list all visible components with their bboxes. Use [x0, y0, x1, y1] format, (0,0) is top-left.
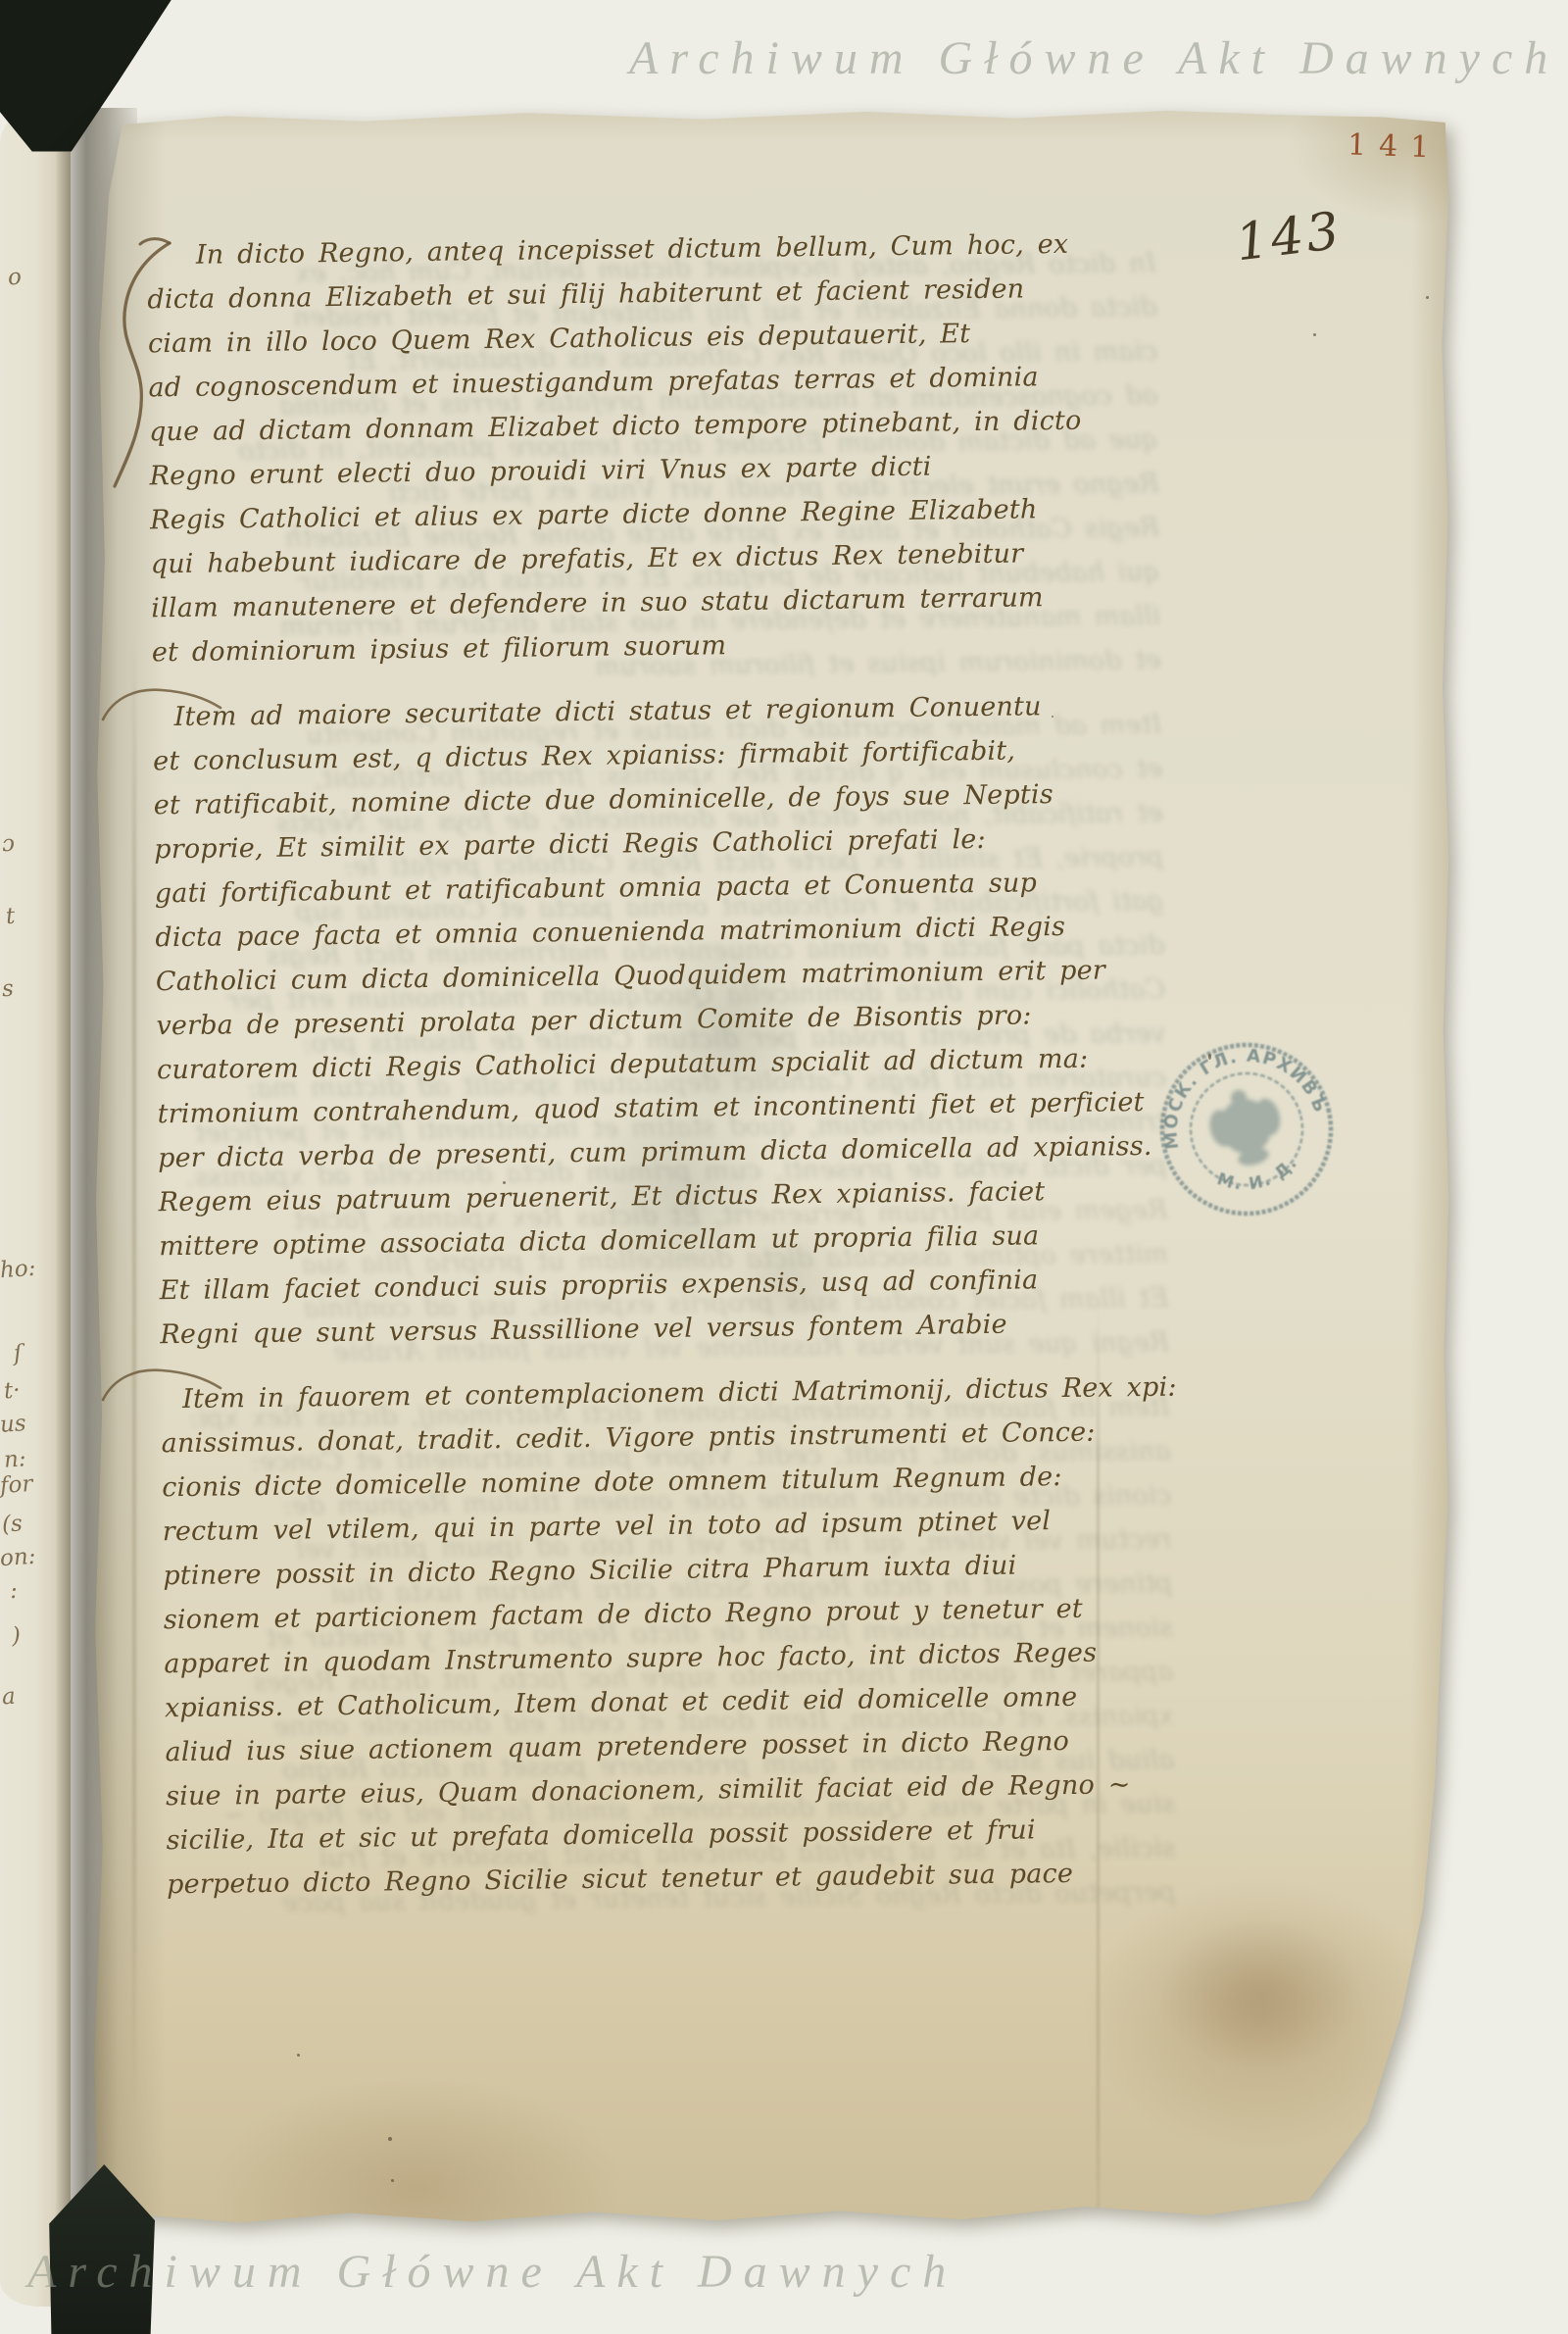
manuscript-page: In dicto Regno, anteq incepisset dictum … — [91, 88, 1451, 2230]
archive-watermark-bottom: Archiwum Główne Akt Dawnych — [27, 2245, 957, 2299]
ink-fragment: s — [1, 976, 15, 1003]
archival-scan: { "archive": { "watermark_text": "Archiw… — [0, 0, 1568, 2334]
ink-fragment: t· — [3, 1377, 21, 1404]
folio-number-handwritten: 143 — [1233, 202, 1346, 273]
ink-fragment: a — [1, 1684, 16, 1711]
paragraph-3: Item in fauorem et contemplacionem dicti… — [161, 1366, 1177, 1908]
ink-fragment: for — [0, 1471, 33, 1499]
paper-speck — [1426, 296, 1429, 299]
archive-watermark-top: Archiwum Główne Akt Dawnych — [629, 31, 1559, 85]
paragraph-1: In dicto Regno, anteq incepisset dictum … — [147, 222, 1161, 675]
folio-number-printed: 141 — [1347, 127, 1442, 165]
paper-speck — [391, 2179, 394, 2182]
ink-fragment: t — [5, 904, 16, 930]
ink-fragment: (s — [1, 1511, 24, 1537]
paper-speck — [1052, 716, 1053, 718]
paper-speck — [1208, 1054, 1211, 1060]
ink-fragment: ɔ — [1, 831, 16, 858]
paper-speck — [1313, 333, 1316, 336]
ink-fragment: o — [7, 265, 23, 291]
paper-speck — [503, 1181, 506, 1184]
paper-speck — [388, 2137, 392, 2141]
paper-crease — [132, 637, 136, 2108]
paragraph-2: Item ad maiore securitate dicti status e… — [152, 683, 1169, 1358]
ink-fragment: ho: — [0, 1256, 36, 1283]
double-eagle-emblem — [1202, 1082, 1290, 1173]
paper-speck — [297, 2054, 300, 2057]
page-paper: In dicto Regno, anteq incepisset dictum … — [91, 88, 1451, 2230]
ink-fragment: us — [0, 1411, 26, 1438]
ink-fragment: ſ — [13, 1341, 23, 1367]
ink-fragment: on: — [0, 1544, 36, 1571]
ink-fragment: ) — [11, 1623, 22, 1650]
manuscript-text: In dicto Regno, anteq incepisset dictum … — [147, 222, 1177, 1907]
ink-fragment: n: — [3, 1446, 26, 1473]
